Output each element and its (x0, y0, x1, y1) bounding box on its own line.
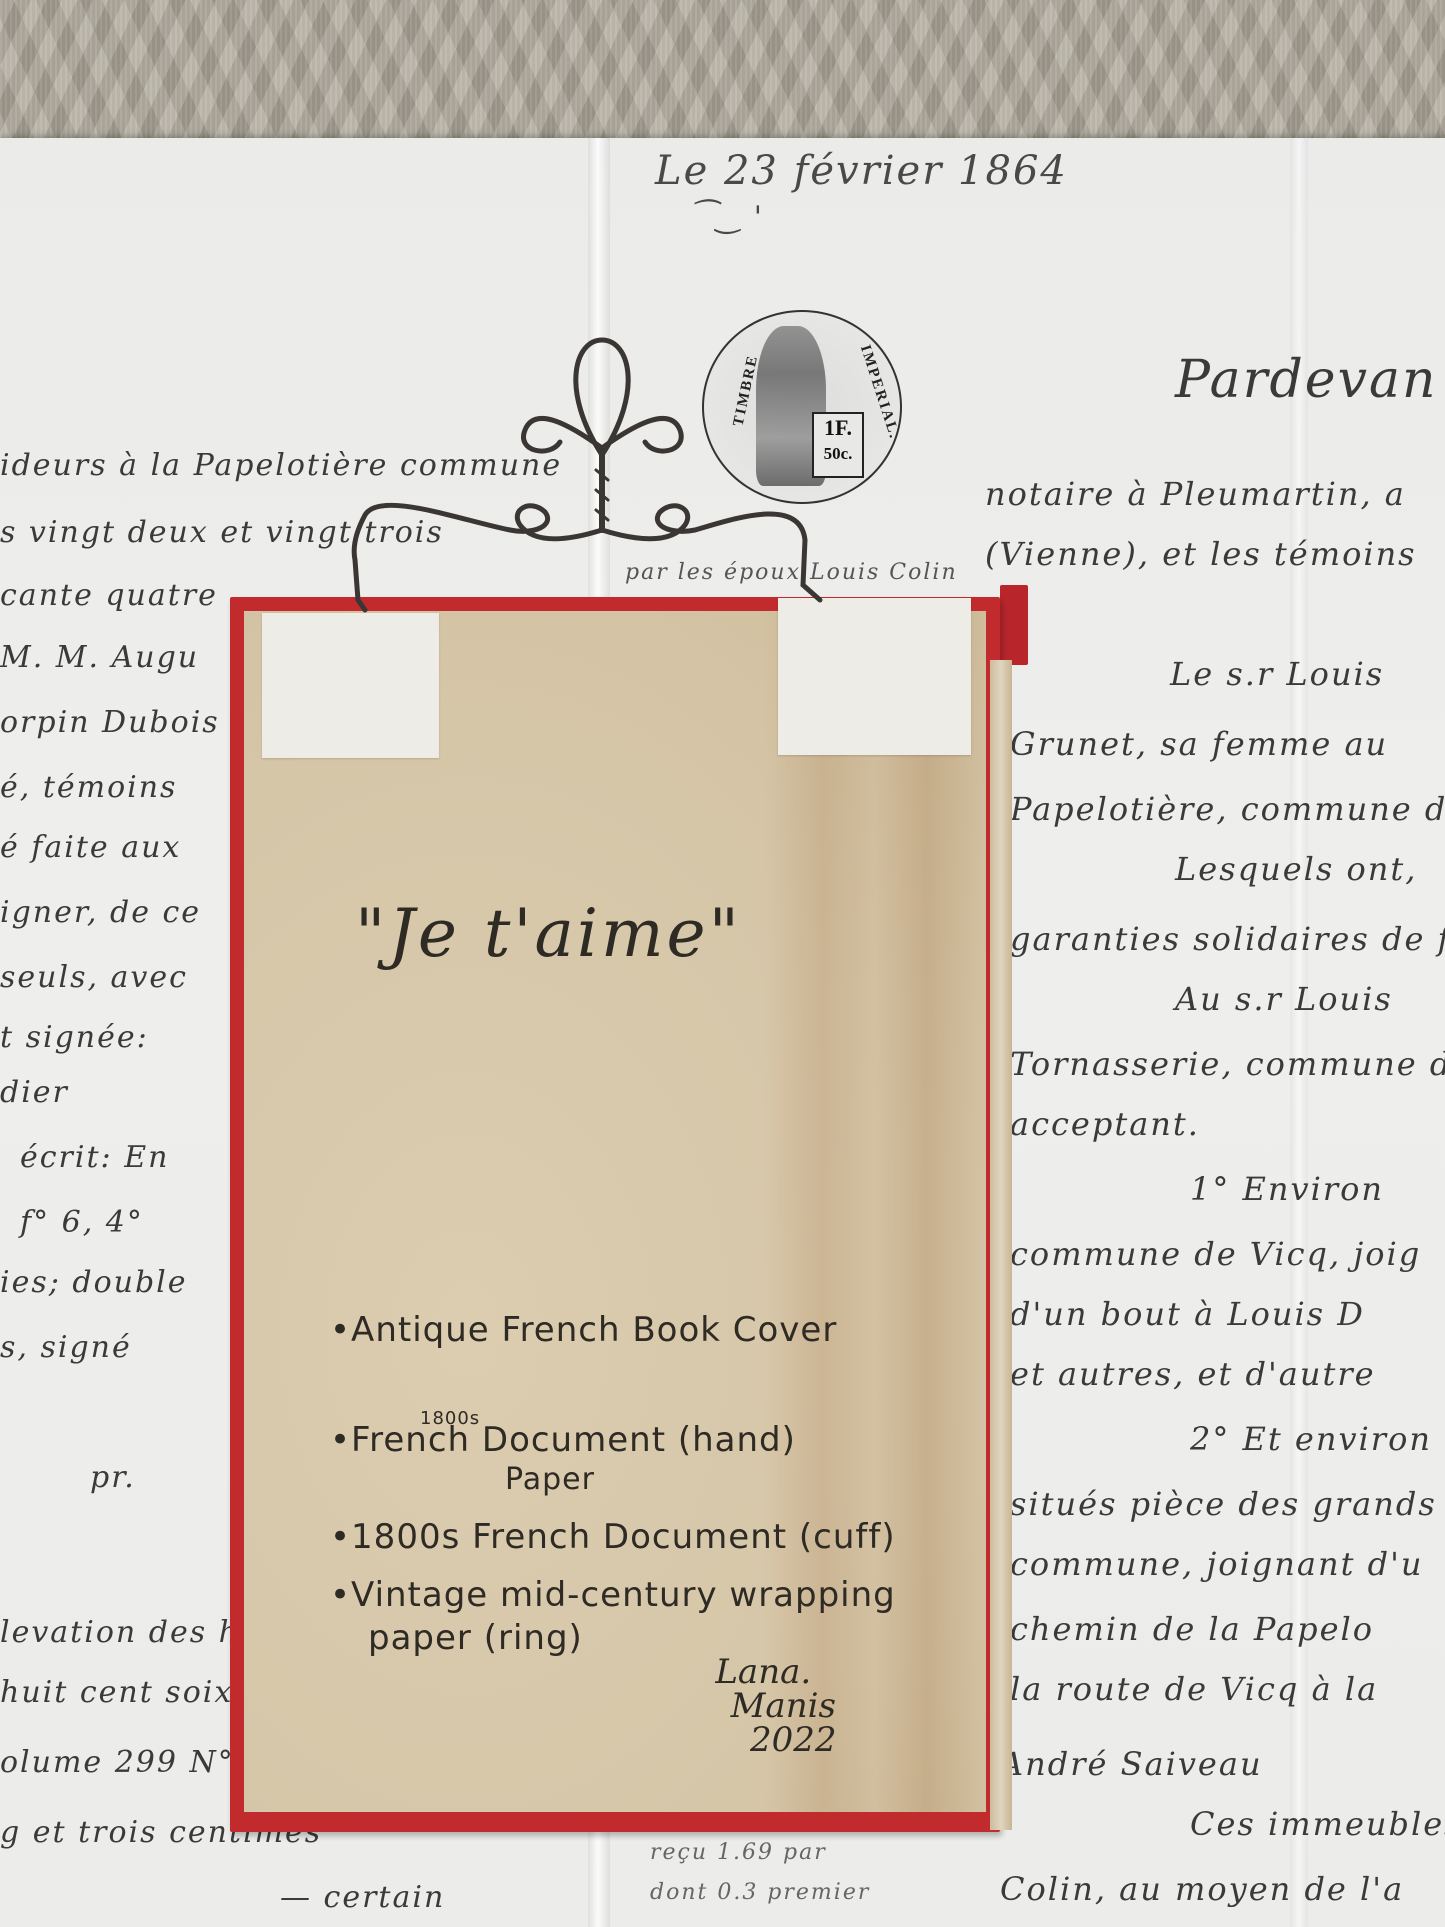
materials-item: •Antique French Book Cover (330, 1310, 837, 1350)
document-line: (Vienne), et les témoins (985, 535, 1417, 573)
document-heading: Pardevan (1175, 350, 1437, 410)
document-line: et autres, et d'autre (1010, 1355, 1376, 1393)
document-note: dont 0.3 premier (650, 1880, 870, 1905)
document-line: André Saiveau (1000, 1745, 1263, 1783)
document-line: Tornasserie, commune d (1010, 1045, 1445, 1083)
document-line: d'un bout à Louis D (1010, 1295, 1365, 1333)
document-line: acceptant. (1010, 1105, 1200, 1143)
artist-signature: Lana. Manis 2022 (690, 1655, 837, 1757)
cover-spine-edge (990, 660, 1012, 1830)
document-line: é, témoins (0, 770, 177, 805)
materials-item: •French Document (hand) (330, 1420, 796, 1460)
document-line: f° 6, 4° (20, 1205, 144, 1240)
document-line: Papelotière, commune d (1010, 790, 1445, 828)
document-line: M. M. Augu (0, 640, 199, 675)
document-line: pr. (90, 1460, 136, 1495)
document-line: seuls, avec (0, 960, 188, 995)
document-line: Le s.r Louis (1170, 655, 1384, 693)
document-line: — certain (280, 1880, 445, 1915)
materials-item-annotation: Paper (505, 1462, 595, 1497)
document-line: garanties solidaires de fa (1010, 920, 1445, 958)
tape-left (262, 613, 439, 758)
book-cover-ornament (230, 597, 1000, 1832)
document-date-flourish: ⁀‿ ' (690, 200, 764, 235)
document-line: igner, de ce (0, 895, 201, 930)
signature-last-name: Manis (690, 1689, 837, 1723)
document-line: 1° Environ (1190, 1170, 1384, 1208)
document-line: situés pièce des grands (1010, 1485, 1437, 1523)
document-line: notaire à Pleumartin, a (985, 475, 1406, 513)
document-line: Au s.r Louis (1175, 980, 1393, 1018)
document-line: dier (0, 1075, 69, 1110)
cover-paper (244, 611, 986, 1812)
document-line: commune de Vicq, joig (1010, 1235, 1421, 1273)
frayed-cloth-edge (1000, 585, 1028, 665)
document-line: Colin, au moyen de l'a (1000, 1870, 1404, 1908)
document-line: écrit: En (20, 1140, 169, 1175)
tape-right (778, 598, 971, 755)
document-line: chemin de la Papelo (1010, 1610, 1374, 1648)
document-line: Ces immeubles (1190, 1805, 1445, 1843)
document-line: cante quatre (0, 578, 218, 613)
document-date: Le 23 février 1864 (655, 148, 1068, 194)
materials-item-continuation: paper (ring) (368, 1618, 583, 1658)
fabric-background (0, 0, 1445, 160)
materials-item: •1800s French Document (cuff) (330, 1517, 896, 1557)
document-line: Lesquels ont, (1175, 850, 1417, 888)
document-line: Grunet, sa femme au (1010, 725, 1388, 763)
document-line: é faite aux (0, 830, 181, 865)
signature-first-name: Lana. (690, 1655, 837, 1689)
document-note: reçu 1.69 par (650, 1840, 827, 1865)
cover-title: "Je t'aime" (355, 895, 742, 972)
document-line: la route de Vicq à la (1010, 1670, 1378, 1708)
document-line: 2° Et environ (1190, 1420, 1432, 1458)
document-line: commune, joignant d'u (1010, 1545, 1424, 1583)
document-line: orpin Dubois (0, 705, 220, 740)
document-line: t signée: (0, 1020, 149, 1055)
document-line: s, signé (0, 1330, 132, 1365)
fleur-de-lis-wire-hanger-icon (320, 330, 890, 620)
document-line: olume 299 N° (0, 1745, 235, 1780)
signature-year: 2022 (690, 1723, 837, 1757)
document-line: ies; double (0, 1265, 188, 1300)
materials-item: •Vintage mid-century wrapping (330, 1575, 896, 1615)
